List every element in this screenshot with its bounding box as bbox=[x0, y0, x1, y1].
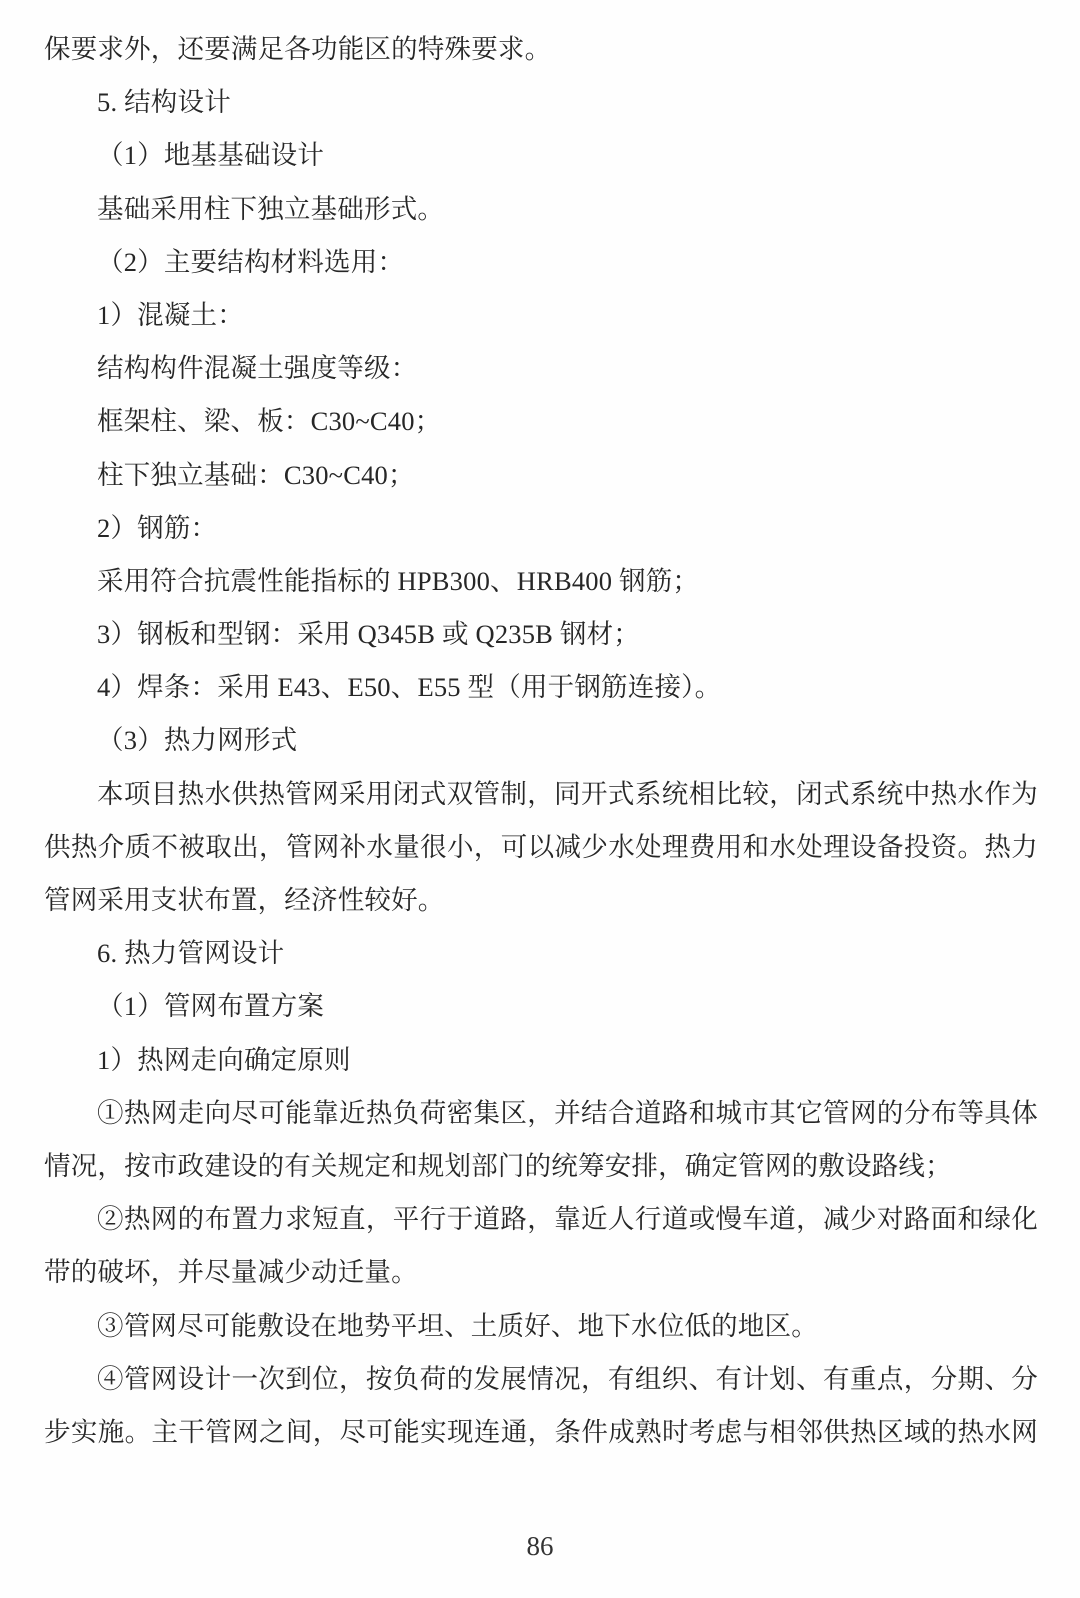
text-line: 基础采用柱下独立基础形式。 bbox=[44, 183, 1038, 236]
page-number: 86 bbox=[0, 1528, 1080, 1564]
subsection-heading: （2）主要结构材料选用： bbox=[44, 236, 1038, 289]
subsection-heading: （3）热力网形式 bbox=[44, 714, 1038, 767]
list-item: ②热网的布置力求短直，平行于道路，靠近人行道或慢车道，减少对路面和绿化 bbox=[44, 1193, 1038, 1246]
text-line: 步实施。主干管网之间，尽可能实现连通，条件成熟时考虑与相邻供热区域的热水网 bbox=[44, 1406, 1038, 1459]
text-line: 保要求外，还要满足各功能区的特殊要求。 bbox=[44, 23, 1038, 76]
subsection-heading: 1）热网走向确定原则 bbox=[44, 1034, 1038, 1087]
list-item: ③管网尽可能敷设在地势平坦、土质好、地下水位低的地区。 bbox=[44, 1300, 1038, 1353]
text-line: 结构构件混凝土强度等级： bbox=[44, 342, 1038, 395]
list-item: 2）钢筋： bbox=[44, 502, 1038, 555]
list-item: ①热网走向尽可能靠近热负荷密集区，并结合道路和城市其它管网的分布等具体 bbox=[44, 1087, 1038, 1140]
list-item: 1）混凝土： bbox=[44, 289, 1038, 342]
text-line: 情况，按市政建设的有关规定和规划部门的统筹安排，确定管网的敷设路线； bbox=[44, 1140, 1038, 1193]
list-item: 4）焊条：采用 E43、E50、E55 型（用于钢筋连接）。 bbox=[44, 661, 1038, 714]
page-body: 保要求外，还要满足各功能区的特殊要求。 5. 结构设计 （1）地基基础设计 基础… bbox=[44, 23, 1038, 1459]
text-line: 供热介质不被取出，管网补水量很小，可以减少水处理费用和水处理设备投资。热力 bbox=[44, 821, 1038, 874]
section-heading: 6. 热力管网设计 bbox=[44, 927, 1038, 980]
subsection-heading: （1）管网布置方案 bbox=[44, 980, 1038, 1033]
list-item: 3）钢板和型钢：采用 Q345B 或 Q235B 钢材； bbox=[44, 608, 1038, 661]
text-line: 柱下独立基础：C30~C40； bbox=[44, 449, 1038, 502]
text-line: 带的破坏，并尽量减少动迁量。 bbox=[44, 1246, 1038, 1299]
section-heading: 5. 结构设计 bbox=[44, 76, 1038, 129]
text-line: 采用符合抗震性能指标的 HPB300、HRB400 钢筋； bbox=[44, 555, 1038, 608]
text-line: 管网采用支状布置，经济性较好。 bbox=[44, 874, 1038, 927]
text-line: 框架柱、梁、板：C30~C40； bbox=[44, 395, 1038, 448]
document-page: 保要求外，还要满足各功能区的特殊要求。 5. 结构设计 （1）地基基础设计 基础… bbox=[0, 0, 1080, 1598]
text-line: 本项目热水供热管网采用闭式双管制，同开式系统相比较，闭式系统中热水作为 bbox=[44, 768, 1038, 821]
subsection-heading: （1）地基基础设计 bbox=[44, 129, 1038, 182]
list-item: ④管网设计一次到位，按负荷的发展情况，有组织、有计划、有重点，分期、分 bbox=[44, 1353, 1038, 1406]
